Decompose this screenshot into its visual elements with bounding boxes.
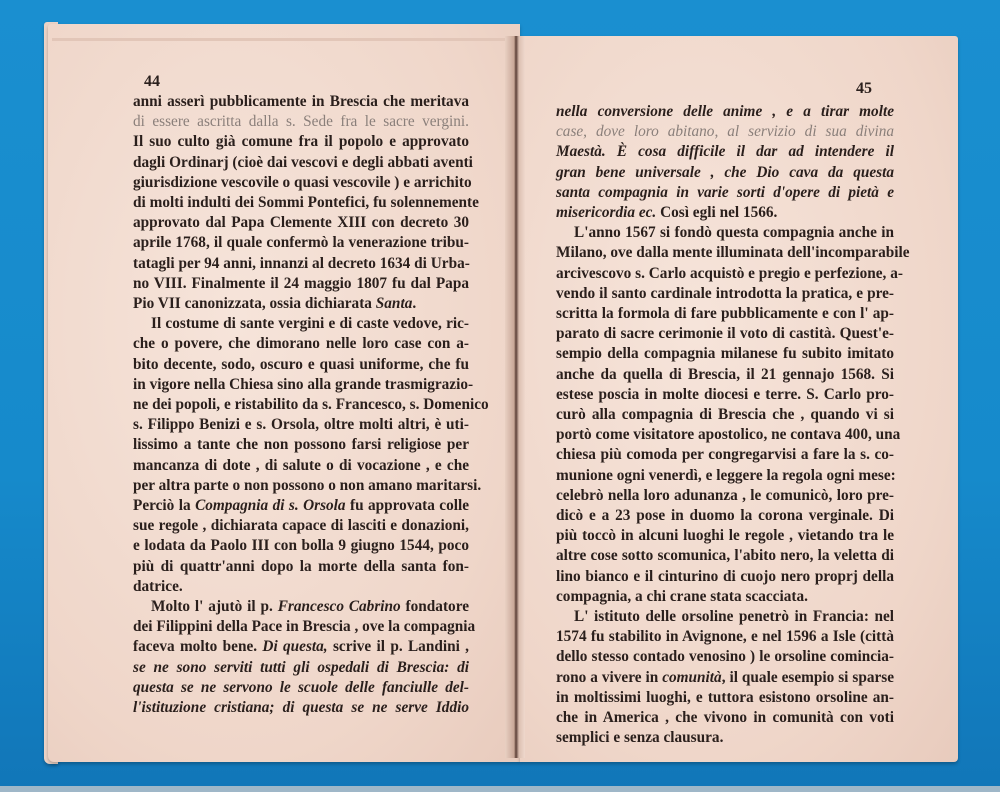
text-line: compagnia, a chi crane stata scacciata. (556, 587, 894, 607)
text-line: l'istituzione cristiana; di questa se ne… (133, 698, 469, 718)
text-line: datrice. (133, 577, 469, 597)
text-run: faceva molto bene. (133, 638, 262, 655)
text-line: per altra parte o non possono o non aman… (133, 476, 469, 496)
text-line: che in America , che vivono in comunità … (556, 708, 894, 728)
book-spine-gutter (505, 36, 525, 758)
italic-run: ; di questa se ne serve Iddio (269, 699, 469, 716)
text-line: che o povere, che dimorano nelle loro ca… (133, 334, 469, 354)
text-line: no VIII. Finalmente il 24 maggio 1807 fu… (133, 274, 469, 294)
text-line: Perciò la Compagnia di s. Orsola fu appr… (133, 496, 469, 516)
text-line: misericordia ec. Così egli nel 1566. (556, 203, 894, 223)
text-line: altre cose sotto scomunica, l'abito nero… (556, 546, 894, 566)
italic-run: Compagnia di s. Orsola (195, 497, 346, 514)
text-line: s. Filippo Benizi e s. Orsola, oltre mol… (133, 415, 469, 435)
text-line: più di quattr'anni dopo la morte della s… (133, 557, 469, 577)
text-line: se ne sono serviti tutti gli ospedali di… (133, 658, 469, 678)
text-line: dei Filippini della Pace in Brescia , ov… (133, 617, 469, 637)
text-run: fu approvata colle (346, 497, 469, 514)
text-run: scrive il p. Landini , (328, 638, 469, 655)
italic-run: l'istituzione cristiana (133, 699, 269, 716)
left-page-fold-line (52, 38, 518, 41)
page-number-right: 45 (856, 80, 872, 98)
text-line: approvato dal Papa Clemente XIII con dec… (133, 213, 469, 233)
left-page-text: anni asserì pubblicamente in Brescia che… (133, 92, 469, 718)
text-run: Così egli nel 1566. (656, 204, 777, 221)
text-line: faceva molto bene. Di questa, scrive il … (133, 637, 469, 657)
text-line: portò come visitatore apostolico, ne con… (556, 425, 894, 445)
italic-run: Di questa, (262, 638, 327, 655)
bottom-strip (0, 786, 1000, 792)
text-line: estese poscia in molte diocesi e terre. … (556, 385, 894, 405)
text-line: questa se ne servono le scuole delle fan… (133, 678, 469, 698)
text-line: tatagli per 94 anni, innanzi al decreto … (133, 254, 469, 274)
text-line: celebrò nella loro adunanza , le comunic… (556, 486, 894, 506)
text-run: , il quale esempio si sparse (722, 669, 894, 686)
text-line: chiesa più comoda per congregarvisi a fa… (556, 445, 894, 465)
text-line: più toccò in alcuni luoghi le regole , v… (556, 526, 894, 546)
text-line: e lodata da Paolo III con bolla 9 giugno… (133, 536, 469, 556)
text-line: Pio VII canonizzata, ossia dichiarata Sa… (133, 294, 469, 314)
text-line: dicò e a 23 pose in duomo la corona verg… (556, 506, 894, 526)
text-line: scritta la formola di fare pubblicamente… (556, 304, 894, 324)
text-line: curò alla compagnia di Brescia che , qua… (556, 405, 894, 425)
text-run: rono a vivere in (556, 669, 662, 686)
right-page-text: nella conversione delle anime , e a tira… (556, 102, 894, 749)
text-line: case, dove loro abitano, al servizio di … (556, 122, 894, 142)
italic-run: misericordia ec. (556, 204, 656, 221)
text-line: in moltissimi luoghi, e tuttora esistono… (556, 688, 894, 708)
text-line: lino bianco e il cinturino di cuojo nero… (556, 567, 894, 587)
text-line: ne dei popoli, e ristabilito da s. Franc… (133, 395, 469, 415)
text-line: giurisdizione vescovile o quasi vescovil… (133, 173, 469, 193)
text-line: bito decente, sodo, oscuro e quasi unifo… (133, 355, 469, 375)
text-line: 1574 fu stabilito in Avignone, e nel 159… (556, 627, 894, 647)
text-line: nella conversione delle anime , e a tira… (556, 102, 894, 122)
text-run: . (412, 295, 416, 312)
text-run: Perciò la (133, 497, 195, 514)
text-line: anni asserì pubblicamente in Brescia che… (133, 92, 469, 112)
text-line: vendo il santo cardinale introdotta la p… (556, 284, 894, 304)
text-line: parato di sacre cerimonie il voto di cas… (556, 324, 894, 344)
text-line: anche da quella di Brescia, il 21 gennaj… (556, 365, 894, 385)
paragraph-start-line: Molto l' ajutò il p. Francesco Cabrino f… (133, 597, 469, 617)
text-line: gran bene universale , che Dio cava da q… (556, 163, 894, 183)
text-run: Pio VII canonizzata, ossia dichiarata (133, 295, 376, 312)
text-line: in vigore nella Chiesa sino alla grande … (133, 375, 469, 395)
text-line: Maestà. È cosa difficile il dar ad inten… (556, 142, 894, 162)
text-line: di essere ascritta dalla s. Sede fra le … (133, 112, 469, 132)
text-line: munione ogni venerdì, e leggere la regol… (556, 466, 894, 486)
text-line: dagli Ordinarj (cioè dai vescovi e degli… (133, 153, 469, 173)
paragraph-start-line: Il costume di sante vergini e di caste v… (133, 314, 469, 334)
paragraph-start-line: L'anno 1567 si fondò questa compagnia an… (556, 223, 894, 243)
text-line: semplici e senza clausura. (556, 728, 894, 748)
text-line: di molti indulti dei Sommi Pontefici, fu… (133, 193, 469, 213)
page-number-left: 44 (144, 73, 160, 91)
text-line: sue regole , dichiarata capace di lascit… (133, 516, 469, 536)
text-line: santa compagnia in varie sorti d'opere d… (556, 183, 894, 203)
text-line: lissimo a tante che non possono farsi re… (133, 435, 469, 455)
text-line: arcivescovo s. Carlo acquistò e pregio e… (556, 264, 894, 284)
italic-run: Santa (376, 295, 413, 312)
paragraph-start-line: L' istituto delle orsoline penetrò in Fr… (556, 607, 894, 627)
italic-run: Francesco Cabrino (278, 598, 401, 615)
text-line: Milano, ove dalla mente illuminata dell'… (556, 243, 894, 263)
text-line: Il suo culto già comune fra il popolo e … (133, 132, 469, 152)
text-line: rono a vivere in comunità, il quale esem… (556, 668, 894, 688)
text-line: sempio della compagnia milanese fu subit… (556, 344, 894, 364)
text-run: fondatore (401, 598, 469, 615)
text-line: dello stesso contado venosino ) le orsol… (556, 647, 894, 667)
text-run: Molto l' ajutò il p. (151, 598, 278, 615)
text-line: mancanza di dote , di salute o di vocazi… (133, 456, 469, 476)
text-line: aprile 1768, il quale confermò la venera… (133, 233, 469, 253)
italic-run: comunità (662, 669, 722, 686)
